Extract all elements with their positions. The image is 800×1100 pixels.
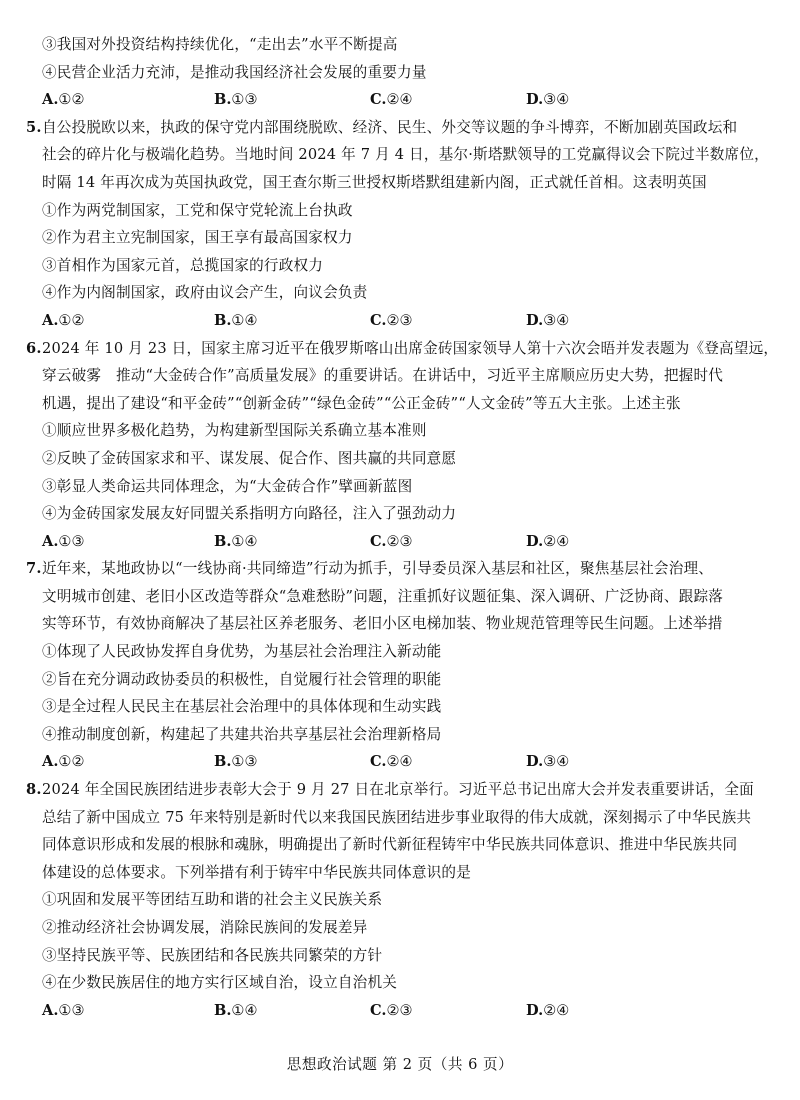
choice-a: A.①②: [42, 307, 85, 335]
question-stem-line: 时隔 14 年再次成为英国执政党，国王查尔斯三世授权斯塔默组建新内阁，正式就任首…: [0, 169, 800, 197]
option-line: ④作为内阁制国家，政府由议会产生，向议会负责: [0, 279, 800, 307]
question-stem-line: 社会的碎片化与极端化趋势。当地时间 2024 年 7 月 4 日，基尔·斯塔默领…: [0, 141, 800, 169]
choice-b: B.①④: [214, 528, 258, 556]
option-line: ④在少数民族居住的地方实行区域自治，设立自治机关: [0, 969, 800, 997]
exam-page: ③我国对外投资结构持续优化，“走出去”水平不断提高 ④民营企业活力充沛，是推动我…: [0, 31, 800, 1024]
question-stem-line: 5.自公投脱欧以来，执政的保守党内部围绕脱欧、经济、民生、外交等议题的争斗博弈，…: [0, 114, 800, 142]
choice-c: C.②③: [370, 997, 413, 1025]
question-8: 8.2024 年全国民族团结进步表彰大会于 9 月 27 日在北京举行。习近平总…: [0, 776, 800, 1024]
question-4-continuation: ③我国对外投资结构持续优化，“走出去”水平不断提高 ④民营企业活力充沛，是推动我…: [0, 31, 800, 114]
question-stem-line: 同体意识形成和发展的根脉和魂脉，明确提出了新时代新征程铸牢中华民族共同体意识、推…: [0, 831, 800, 859]
choice-b: B.①③: [214, 748, 258, 776]
question-stem-line: 文明城市创建、老旧小区改造等群众“急难愁盼”问题，注重抓好议题征集、深入调研、广…: [0, 583, 800, 611]
option-line: ②推动经济社会协调发展，消除民族间的发展差异: [0, 914, 800, 942]
option-line: ③坚持民族平等、民族团结和各民族共同繁荣的方针: [0, 942, 800, 970]
option-line: ①体现了人民政协发挥自身优势，为基层社会治理注入新动能: [0, 638, 800, 666]
choice-c: C.②④: [370, 86, 413, 114]
option-line: ②旨在充分调动政协委员的积极性，自觉履行社会管理的职能: [0, 666, 800, 694]
option-line: ①作为两党制国家，工党和保守党轮流上台执政: [0, 197, 800, 225]
question-stem-line: 6.2024 年 10 月 23 日，国家主席习近平在俄罗斯喀山出席金砖国家领导…: [0, 335, 800, 363]
page-footer: 思想政治试题 第 2 页（共 6 页）: [0, 1053, 800, 1074]
option-line: ③是全过程人民民主在基层社会治理中的具体体现和生动实践: [0, 693, 800, 721]
question-number: 8.: [26, 776, 42, 804]
choice-b: B.①③: [214, 86, 258, 114]
question-stem-line: 穿云破雾 推动“大金砖合作”高质量发展》的重要讲话。在讲话中，习近平主席顺应历史…: [0, 362, 800, 390]
choice-b: B.①④: [214, 997, 258, 1025]
choice-d: D.②④: [526, 528, 569, 556]
option-line: ①巩固和发展平等团结互助和谐的社会主义民族关系: [0, 886, 800, 914]
answer-choices: A.①③ B.①④ C.②③ D.②④: [0, 997, 800, 1025]
question-7: 7.近年来，某地政协以“一线协商·共同缔造”行动为抓手，引导委员深入基层和社区，…: [0, 555, 800, 776]
question-6: 6.2024 年 10 月 23 日，国家主席习近平在俄罗斯喀山出席金砖国家领导…: [0, 335, 800, 556]
answer-choices: A.①③ B.①④ C.②③ D.②④: [0, 528, 800, 556]
choice-d: D.③④: [526, 307, 569, 335]
question-stem-line: 机遇，提出了建设“和平金砖”“创新金砖”“绿色金砖”“公正金砖”“人文金砖”等五…: [0, 390, 800, 418]
question-stem-line: 8.2024 年全国民族团结进步表彰大会于 9 月 27 日在北京举行。习近平总…: [0, 776, 800, 804]
option-line: ①顺应世界多极化趋势，为构建新型国际关系确立基本准则: [0, 417, 800, 445]
choice-c: C.②③: [370, 528, 413, 556]
question-number: 7.: [26, 555, 42, 583]
answer-choices: A.①② B.①③ C.②④ D.③④: [0, 748, 800, 776]
option-line: ②作为君主立宪制国家，国王享有最高国家权力: [0, 224, 800, 252]
question-stem-line: 实等环节，有效协商解决了基层社区养老服务、老旧小区电梯加装、物业规范管理等民生问…: [0, 610, 800, 638]
option-line: ③我国对外投资结构持续优化，“走出去”水平不断提高: [0, 31, 800, 59]
answer-choices: A.①② B.①③ C.②④ D.③④: [0, 86, 800, 114]
choice-d: D.②④: [526, 997, 569, 1025]
option-line: ④为金砖国家发展友好同盟关系指明方向路径，注入了强劲动力: [0, 500, 800, 528]
option-line: ③彰显人类命运共同体理念，为“大金砖合作”擘画新蓝图: [0, 473, 800, 501]
question-stem-line: 7.近年来，某地政协以“一线协商·共同缔造”行动为抓手，引导委员深入基层和社区，…: [0, 555, 800, 583]
question-stem-line: 体建设的总体要求。下列举措有利于铸牢中华民族共同体意识的是: [0, 859, 800, 887]
choice-c: C.②④: [370, 748, 413, 776]
choice-a: A.①②: [42, 748, 85, 776]
option-line: ②反映了金砖国家求和平、谋发展、促合作、图共赢的共同意愿: [0, 445, 800, 473]
choice-a: A.①②: [42, 86, 85, 114]
question-number: 6.: [26, 335, 42, 363]
question-stem-line: 总结了新中国成立 75 年来特别是新时代以来我国民族团结进步事业取得的伟大成就，…: [0, 804, 800, 832]
choice-b: B.①④: [214, 307, 258, 335]
option-line: ③首相作为国家元首，总揽国家的行政权力: [0, 252, 800, 280]
question-number: 5.: [26, 114, 42, 142]
option-line: ④推动制度创新，构建起了共建共治共享基层社会治理新格局: [0, 721, 800, 749]
choice-a: A.①③: [42, 528, 85, 556]
answer-choices: A.①② B.①④ C.②③ D.③④: [0, 307, 800, 335]
option-line: ④民营企业活力充沛，是推动我国经济社会发展的重要力量: [0, 59, 800, 87]
choice-a: A.①③: [42, 997, 85, 1025]
choice-d: D.③④: [526, 748, 569, 776]
question-5: 5.自公投脱欧以来，执政的保守党内部围绕脱欧、经济、民生、外交等议题的争斗博弈，…: [0, 114, 800, 335]
choice-c: C.②③: [370, 307, 413, 335]
choice-d: D.③④: [526, 86, 569, 114]
